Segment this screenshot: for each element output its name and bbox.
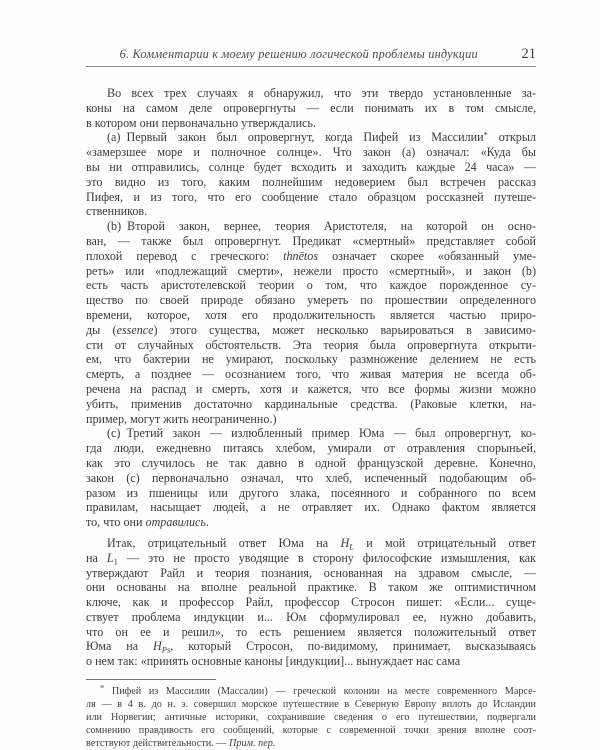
text-segment: открыл: [488, 130, 536, 144]
chapter-heading: 6. Комментарии к моему решению логическо…: [86, 47, 512, 62]
text-segment: пример, могут жить неограниченно.): [86, 412, 276, 426]
text-segment: о нем так: «принять основные каноны [инд…: [86, 654, 460, 668]
text-segment: утверждают Райл и теория познания, основ…: [86, 566, 536, 580]
text-line: речена на распад и смерть, хотя и кажетс…: [86, 382, 536, 397]
text-line: ветствуют действительности. — Прим. пер.: [86, 737, 536, 750]
text-line: (b) Второй закон, вернее, теория Аристот…: [86, 219, 536, 234]
text-line: реть» или «подлежащий смерти», нежели пр…: [86, 264, 536, 279]
text-segment: означает скорее «обязанный уме-: [318, 249, 536, 263]
text-line: сомнению правдивость его сообщений, кото…: [86, 724, 536, 737]
text-segment: плохой перевод с греческого:: [86, 249, 283, 263]
text-segment: или Норвегии; античные историки, сохрани…: [86, 712, 536, 723]
text-line: ем, что бактерии не умирают, поскольку р…: [86, 352, 536, 367]
text-line: сти от случайных обстоятельств. Эта теор…: [86, 338, 536, 353]
text-segment: щество по своей природе обязано умереть …: [86, 293, 536, 307]
text-line: как это случилось не так давно в одной ф…: [86, 456, 536, 471]
text-segment: Ps: [162, 645, 171, 654]
text-line: Юма на HPs, который Стросон, по-видимому…: [86, 639, 536, 654]
text-segment: Итак, отрицательный ответ Юма на: [107, 536, 340, 550]
text-line: вы ни отправились, солнце будет всходить…: [86, 160, 536, 175]
text-segment: ствует проблема индукции и... Юм сформул…: [86, 610, 536, 624]
text-segment: вы ни отправились, солнце будет всходить…: [86, 160, 536, 174]
text-line: закон (c) первоначально означал, что хле…: [86, 471, 536, 486]
text-line: в котором они первоначально утверждались…: [86, 116, 536, 131]
text-line: смерть, а позднее — осознанием того, что…: [86, 367, 536, 382]
text-line: ключе, как и профессор Райл, профессор С…: [86, 595, 536, 610]
text-segment: сти от случайных обстоятельств. Эта теор…: [86, 338, 536, 352]
text-line: (a) Первый закон был опровергнут, когда …: [86, 130, 536, 145]
text-segment: Прим. пер.: [229, 738, 275, 749]
footnote: * Пифей из Массилии (Массалии) — греческ…: [86, 685, 536, 750]
text-segment: то, что они: [86, 515, 146, 529]
text-line: «замерзшее море и полночное солнце». Что…: [86, 145, 536, 160]
text-segment: убить, применив достаточно кардинальные …: [86, 397, 536, 411]
text-line: пример, могут жить неограниченно.): [86, 412, 536, 427]
text-segment: , который Стросон, по-видимому, принимае…: [170, 639, 536, 653]
text-segment: гда люди, ежедневно питаясь хлебом, умир…: [86, 441, 536, 455]
book-page: 6. Комментарии к моему решению логическо…: [0, 0, 600, 750]
text-segment: на: [86, 551, 107, 565]
text-segment: смерть, а позднее — осознанием того, что…: [86, 367, 536, 381]
text-segment: L: [107, 551, 114, 565]
text-segment: Пифея, и из того, что его сообщение стал…: [86, 190, 536, 204]
text-line: Итак, отрицательный ответ Юма на HL и мо…: [86, 536, 536, 551]
running-head: 6. Комментарии к моему решению логическо…: [86, 0, 536, 63]
text-line: времени, которое, хотя его продолжительн…: [86, 308, 536, 323]
text-segment: thnētos: [283, 249, 318, 263]
text-segment: времени, которое, хотя его продолжительн…: [86, 308, 536, 322]
text-line: ствует проблема индукции и... Юм сформул…: [86, 610, 536, 625]
text-segment: правилам, насыщает людей, а не отравляет…: [86, 500, 536, 514]
paragraph: (c) Третий закон — излюбленный пример Юм…: [86, 426, 536, 530]
text-segment: (a) Первый закон был опровергнут, когда …: [107, 130, 484, 144]
text-segment: реть» или «подлежащий смерти», нежели пр…: [86, 264, 536, 278]
text-segment: H: [340, 536, 349, 550]
text-line: о нем так: «принять основные каноны [инд…: [86, 654, 536, 669]
text-segment: (b) Второй закон, вернее, теория Аристот…: [107, 219, 536, 233]
text-segment: они основаны на вполне реальной практике…: [86, 580, 536, 594]
text-segment: H: [153, 639, 162, 653]
text-segment: ) этого существа, может несколько варьир…: [154, 323, 536, 337]
text-line: Во всех трех случаях я обнаружил, что эт…: [86, 86, 536, 101]
text-line: или Норвегии; античные историки, сохрани…: [86, 711, 536, 724]
paragraph: Итак, отрицательный ответ Юма на HL и мо…: [86, 536, 536, 669]
text-line: Пифея, и из того, что его сообщение стал…: [86, 190, 536, 205]
body-text: Во всех трех случаях я обнаружил, что эт…: [86, 86, 536, 669]
text-line: убить, применив достаточно кардинальные …: [86, 397, 536, 412]
text-segment: ветствуют действительности. —: [86, 738, 229, 749]
text-segment: Юма на: [86, 639, 153, 653]
paragraph: Во всех трех случаях я обнаружил, что эт…: [86, 86, 536, 130]
text-line: ван, — также был опровергнут. Предикат «…: [86, 234, 536, 249]
text-line: это видно из того, каким полнейшим недов…: [86, 175, 536, 190]
text-line: ля — в 4 в. до н. э. совершил морское пу…: [86, 698, 536, 711]
text-segment: «замерзшее море и полночное солнце». Что…: [86, 145, 536, 159]
text-segment: essence: [117, 323, 154, 337]
text-line: гда люди, ежедневно питаясь хлебом, умир…: [86, 441, 536, 456]
text-line: коны на самом деле опровергнуты — если п…: [86, 101, 536, 116]
text-segment: ды (: [86, 323, 117, 337]
text-segment: что он ее и решил», то есть решением явл…: [86, 625, 536, 639]
text-line: щество по своей природе обязано умереть …: [86, 293, 536, 308]
text-line: есть часть аристотелевской теории о том,…: [86, 278, 536, 293]
paragraph: (b) Второй закон, вернее, теория Аристот…: [86, 219, 536, 426]
text-line: то, что они отравились.: [86, 515, 536, 530]
text-segment: коны на самом деле опровергнуты — если п…: [86, 101, 536, 115]
text-segment: разом из пшеницы или другого злака, посе…: [86, 486, 536, 500]
text-line: (c) Третий закон — излюбленный пример Юм…: [86, 426, 536, 441]
text-segment: ван, — также был опровергнут. Предикат «…: [86, 234, 536, 248]
text-segment: Во всех трех случаях я обнаружил, что эт…: [107, 86, 536, 100]
text-segment: сомнению правдивость его сообщений, кото…: [86, 725, 536, 736]
text-segment: (c) Третий закон — излюбленный пример Юм…: [107, 426, 536, 440]
text-segment: ля — в 4 в. до н. э. совершил морское пу…: [86, 699, 536, 710]
text-segment: это видно из того, каким полнейшим недов…: [86, 175, 536, 189]
text-segment: в котором они первоначально утверждались…: [86, 116, 316, 130]
text-segment: закон (c) первоначально означал, что хле…: [86, 471, 536, 485]
text-line: разом из пшеницы или другого злака, посе…: [86, 486, 536, 501]
text-line: * Пифей из Массилии (Массалии) — греческ…: [86, 685, 536, 698]
text-line: плохой перевод с греческого: thnētos озн…: [86, 249, 536, 264]
text-segment: ключе, как и профессор Райл, профессор С…: [86, 595, 536, 609]
text-line: что он ее и решил», то есть решением явл…: [86, 625, 536, 640]
text-line: утверждают Райл и теория познания, основ…: [86, 566, 536, 581]
text-segment: .: [206, 515, 209, 529]
text-segment: ем, что бактерии не умирают, поскольку р…: [86, 352, 536, 366]
page-number: 21: [522, 46, 537, 63]
text-line: на L1 — это не просто уводящие в сторону…: [86, 551, 536, 566]
text-line: они основаны на вполне реальной практике…: [86, 580, 536, 595]
text-line: ственников.: [86, 204, 536, 219]
footnote-separator: [86, 679, 216, 680]
text-segment: речена на распад и смерть, хотя и кажетс…: [86, 382, 536, 396]
text-line: правилам, насыщает людей, а не отравляет…: [86, 500, 536, 515]
text-segment: отравились: [146, 515, 206, 529]
text-segment: как это случилось не так давно в одной ф…: [86, 456, 536, 470]
text-segment: Пифей из Массилии (Массалии) — греческой…: [104, 686, 536, 697]
text-segment: ственников.: [86, 204, 147, 218]
text-segment: — это не просто уводящие в сторону филос…: [118, 551, 536, 565]
text-line: ды (essence) этого существа, может неско…: [86, 323, 536, 338]
text-segment: и мой отрицательный ответ: [354, 536, 536, 550]
paragraph: (a) Первый закон был опровергнут, когда …: [86, 130, 536, 219]
header-rule: [86, 66, 536, 67]
text-segment: есть часть аристотелевской теории о том,…: [86, 278, 536, 292]
